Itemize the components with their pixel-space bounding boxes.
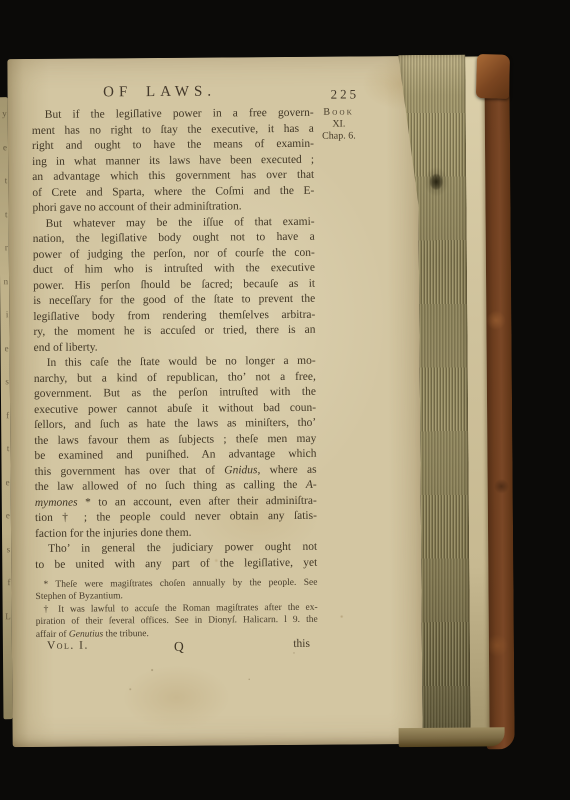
margin-note: Book XI. Chap. 6. [310, 106, 368, 142]
bleed-through-letter: t [0, 198, 9, 232]
page-footer: Vol. I. Q this [36, 638, 318, 658]
text-line: nation, the legiſlative body ought not t… [33, 230, 315, 248]
text-line: be examined and puniſhed. An advantage w… [34, 447, 316, 465]
text-line: ſellors, and ſuch as hate the laws as mi… [34, 416, 316, 434]
bottom-page-edge [399, 727, 505, 747]
bleed-through-letter: s [1, 365, 10, 399]
running-title: OF LAWS. [80, 83, 240, 101]
text-line: right and ought to have the means of exa… [32, 137, 314, 155]
bleed-through-letter: s [2, 533, 11, 567]
leather-corner [476, 54, 510, 99]
text-line: piration of their ſeveral offices. See i… [36, 614, 318, 629]
bleed-through-letter: y [0, 97, 8, 131]
page-number: 225 [331, 86, 360, 102]
bleed-through-letter: t [1, 432, 10, 466]
book: OF LAWS. 225 Book XI. Chap. 6. But if th… [0, 0, 570, 800]
margin-note-number: XI. [310, 118, 368, 130]
text-line: an advantage which this government has o… [32, 168, 314, 186]
bleed-through-letter: e [2, 466, 11, 500]
signature-mark: Q [174, 639, 184, 655]
text-line: But if the legiſlative power in a free g… [32, 106, 314, 124]
text-line: to be united with any part of the legiſl… [35, 555, 317, 573]
book-photo: OF LAWS. 225 Book XI. Chap. 6. But if th… [0, 0, 570, 800]
bleed-through-letter: f [2, 566, 11, 600]
bleed-through-letter: r [0, 231, 9, 265]
bleed-through-letter: e [0, 131, 8, 165]
text-line: of Crete and Sparta, where the Coſmi and… [32, 183, 314, 201]
text-line: tion † ; the people could never obtain a… [35, 509, 317, 527]
bleed-through-letter: n [0, 265, 9, 299]
text-line: ry, the moment he is accuſed or tried, t… [33, 323, 315, 341]
body-text: But if the legiſlative power in a free g… [32, 106, 318, 573]
text-line: the law allowed of no ſuch thing as call… [35, 478, 317, 496]
bleed-through-letter: e [0, 332, 9, 366]
text-line: government. But as the perſon intruſted … [34, 385, 316, 403]
bleed-through-letter: L [3, 600, 12, 634]
bleed-through-letter: f [1, 399, 10, 433]
footnotes: * Theſe were magiſtrates choſen annually… [35, 577, 317, 641]
bleed-through-letter: t [0, 164, 8, 198]
margin-note-chapter: Chap. 6. [310, 130, 368, 142]
volume-label: Vol. I. [47, 640, 89, 652]
text-line: In this caſe the ſtate would be no longe… [34, 354, 316, 372]
margin-note-book: Book [310, 106, 368, 118]
bleed-through-letter: i [0, 298, 9, 332]
text-line: is neceſſary for the good of the ſtate t… [33, 292, 315, 310]
text-line: Tho’ in general the judiciary power ough… [35, 540, 317, 558]
text-line: duct of him who is intruſted with the ex… [33, 261, 315, 279]
book-page: OF LAWS. 225 Book XI. Chap. 6. But if th… [7, 56, 422, 747]
bleed-through-letter: e [2, 499, 11, 533]
catchword: this [293, 638, 310, 650]
